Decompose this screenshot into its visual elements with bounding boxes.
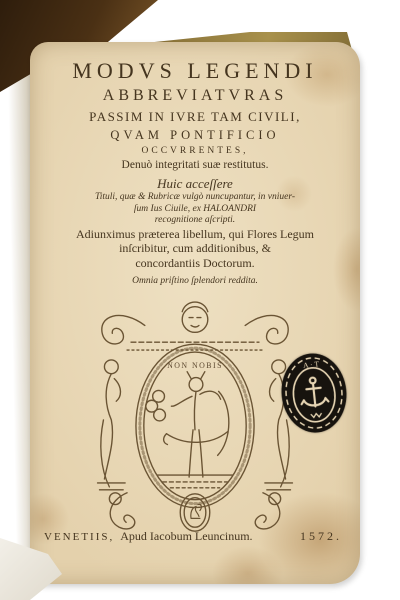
device-motto: NON NOBIS <box>167 361 223 370</box>
scroll-ornament-icon <box>102 316 145 344</box>
scroll-ornament-icon <box>110 493 135 529</box>
cloud-icon <box>154 409 166 421</box>
title-page: MODVS LEGENDI ABBREVIATVRAS PASSIM IN IV… <box>30 42 360 584</box>
caryatid-figure-icon <box>104 360 118 374</box>
imprint-place: VENETIIS, <box>44 531 114 543</box>
title-line-6: Denuò integritati suæ restitutus. <box>30 159 360 171</box>
adiunximus-line-2: inſcribitur, cum additionibus, & <box>30 241 360 256</box>
book-photograph: MODVS LEGENDI ABBREVIATVRAS PASSIM IN IV… <box>0 0 400 600</box>
title-line-5: OCCVRRENTES, <box>30 146 360 156</box>
imprint-line: VENETIIS, Apud Iacobum Leuncinum. 1572. <box>44 529 342 544</box>
accessit-heading: Huic acceſſere <box>30 176 360 192</box>
putto-figure-icon <box>189 378 203 392</box>
title-line-1: MODVS LEGENDI <box>30 58 360 84</box>
adiunximus-line-3: concordantiis Doctorum. <box>30 256 360 271</box>
imprint-year: 1572. <box>300 529 342 544</box>
accessit-line-2: ſum Ius Ciuile, ex HALOANDRI <box>30 204 360 216</box>
scroll-ornament-icon <box>255 493 280 529</box>
mask-head-icon <box>109 493 121 505</box>
title-line-3: PASSIM IN IVRE TAM CIVILI, <box>30 109 360 125</box>
title-line-4: QVAM PONTIFICIO <box>30 128 360 143</box>
accessit-line-1: Tituli, quæ & Rubricæ vulgò nuncupantur,… <box>30 192 360 204</box>
splendori-motto-line: Omnia priſtino ſplendori reddita. <box>30 276 360 286</box>
ownership-stamp: A · T <box>274 346 355 439</box>
imprint-publisher: Apud Iacobum Leuncinum. <box>120 529 252 544</box>
title-line-2: ABBREVIATVRAS <box>30 87 360 105</box>
scroll-ornament-icon <box>245 316 288 344</box>
stamp-letters: A · T <box>303 359 320 370</box>
mask-head-icon <box>269 493 281 505</box>
mask-head-icon <box>182 307 208 333</box>
adiunximus-line-1: Adiunximus præterea libellum, qui Flores… <box>30 227 360 242</box>
scythe-icon <box>166 432 227 443</box>
printer-device-woodcut: NON NOBIS <box>81 290 309 542</box>
wing-icon <box>218 391 229 455</box>
accessit-line-3: recognitione aſcripti. <box>30 215 360 227</box>
